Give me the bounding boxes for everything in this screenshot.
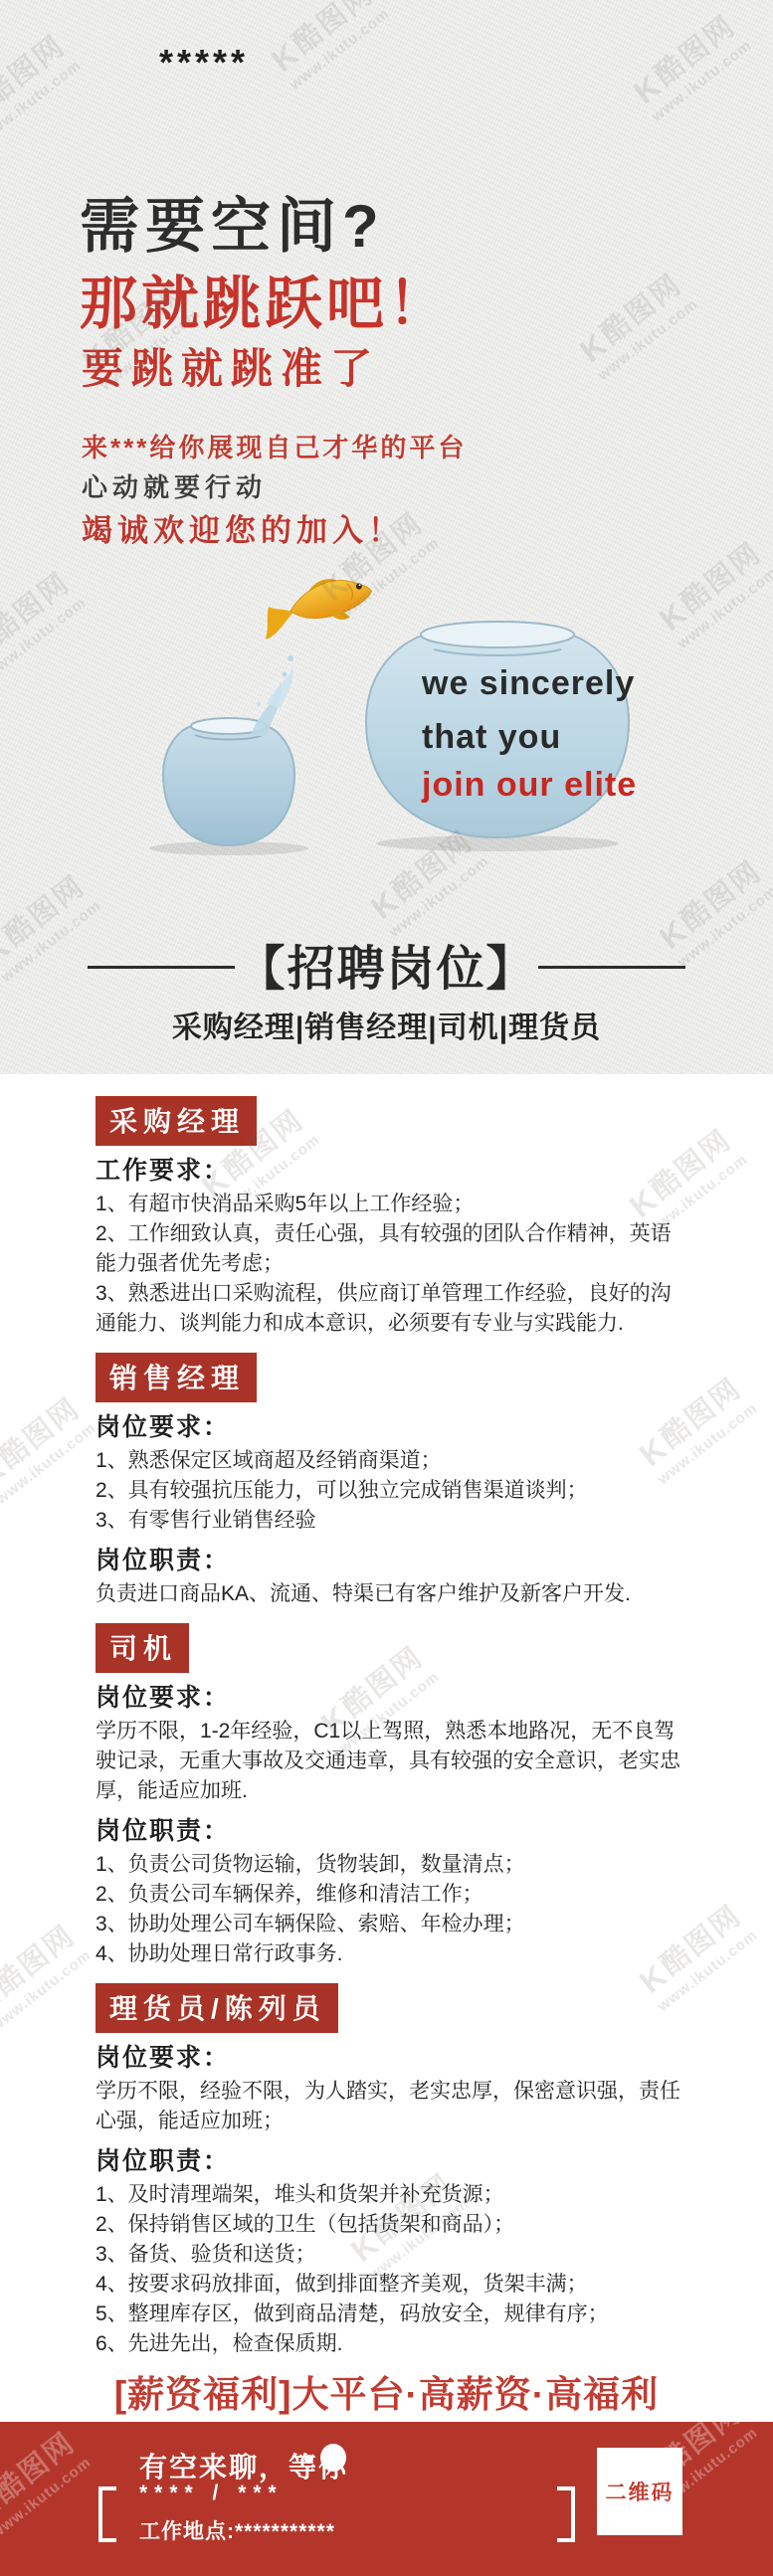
- block-heading: 岗位要求：: [96, 1683, 687, 1713]
- block-heading: 岗位职责：: [96, 1816, 687, 1846]
- job-item: 2、保持销售区域的卫生（包括货架和商品）；: [96, 2210, 687, 2240]
- job-item: 1、及时清理端架，堆头和货架并补充货源；: [96, 2180, 687, 2210]
- job-badge: 理货员/陈列员: [96, 1983, 338, 2033]
- job-item: 3、协助处理公司车辆保险、索赔、年检办理；: [96, 1910, 687, 1939]
- headline-jump: 那就跳跃吧！: [80, 257, 450, 340]
- divider-line-right: [538, 966, 685, 969]
- job-item: 1、负责公司货物运输，货物装卸，数量清点；: [96, 1850, 687, 1880]
- job-section-sales-manager: 销售经理 岗位要求： 1、熟悉保定区域商超及经销商渠道； 2、具有较强抗压能力，…: [96, 1353, 687, 1609]
- tagline-welcome: 竭诚欢迎您的加入！: [82, 505, 404, 550]
- job-badge: 采购经理: [96, 1096, 257, 1146]
- water-splash-icon: [251, 655, 293, 736]
- job-item: 2、负责公司车辆保养，维修和清洁工作；: [96, 1880, 687, 1910]
- headline-question: 需要空间?: [80, 179, 385, 265]
- company-name-masked: *****: [159, 42, 249, 84]
- positions-title: 【招聘岗位】: [0, 930, 773, 999]
- dot-small-icon: [304, 2455, 313, 2464]
- job-item: 4、按要求码放排面，做到排面整齐美观，货架丰满；: [96, 2270, 687, 2300]
- job-item: 1、熟悉保定区域商超及经销商渠道；: [96, 1446, 687, 1476]
- job-item: 3、有零售行业销售经验: [96, 1506, 687, 1536]
- scene-caption-line1: we sincerely: [422, 664, 635, 703]
- tagline-platform: 来***给你展现自己才华的平台: [82, 428, 467, 464]
- job-item: 学历不限，1-2年经验，C1以上驾照，熟悉本地路况，无不良驾驶记录，无重大事故及…: [96, 1717, 687, 1806]
- block-heading: 工作要求：: [96, 1156, 687, 1186]
- tagline-action: 心动就要行动: [82, 467, 267, 504]
- goldfish-icon: [254, 568, 377, 643]
- job-item: 负责进口商品KA、流通、特渠已有客户维护及新客户开发.: [96, 1579, 687, 1609]
- job-section-purchasing-manager: 采购经理 工作要求： 1、有超市快消品采购5年以上工作经验； 2、工作细致认真，…: [96, 1096, 687, 1339]
- job-item: 3、备货、验货和送货；: [96, 2240, 687, 2270]
- positions-list: 采购经理|销售经理|司机|理货员: [0, 1003, 773, 1046]
- footer-contact-masked: **** / ***: [139, 2482, 284, 2505]
- block-heading: 岗位职责：: [96, 2146, 687, 2176]
- dot-large-icon: [320, 2444, 346, 2472]
- job-item: 5、整理库存区，做到商品清楚，码放安全，规律有序；: [96, 2300, 687, 2329]
- job-item: 3、熟悉进出口采购流程，供应商订单管理工作经验，良好的沟通能力、谈判能力和成本意…: [96, 1279, 687, 1339]
- block-heading: 岗位要求：: [96, 1412, 687, 1442]
- job-badge: 司机: [96, 1623, 189, 1673]
- job-item: 1、有超市快消品采购5年以上工作经验；: [96, 1190, 687, 1219]
- headline-jump-accurate: 要跳就跳准了: [82, 336, 380, 396]
- job-item: 2、具有较强抗压能力，可以独立完成销售渠道谈判；: [96, 1476, 687, 1506]
- block-heading: 岗位职责：: [96, 1546, 687, 1575]
- job-section-driver: 司机 岗位要求： 学历不限，1-2年经验，C1以上驾照，熟悉本地路况，无不良驾驶…: [96, 1623, 687, 1969]
- recruitment-poster: ***** 需要空间? 那就跳跃吧！ 要跳就跳准了 来***给你展现自己才华的平…: [0, 0, 773, 2576]
- footer-headline: 有空来聊，等你: [139, 2446, 348, 2485]
- job-item: 6、先进先出，检查保质期.: [96, 2329, 687, 2359]
- qr-code-placeholder: 二维码: [597, 2448, 682, 2535]
- job-badge: 销售经理: [96, 1353, 257, 1402]
- left-bracket-icon: [98, 2486, 116, 2542]
- footer-address-masked: 工作地点:***********: [139, 2515, 335, 2545]
- fishbowl-scene: [0, 555, 773, 863]
- small-fishbowl-icon: [149, 718, 308, 855]
- block-heading: 岗位要求：: [96, 2043, 687, 2073]
- right-bracket-icon: [557, 2486, 575, 2542]
- job-item: 4、协助处理日常行政事务.: [96, 1939, 687, 1969]
- benefits-line: [薪资福利]大平台·高薪资·高福利: [0, 2364, 773, 2418]
- job-item: 2、工作细致认真，责任心强，具有较强的团队合作精神，英语能力强者优先考虑；: [96, 1219, 687, 1279]
- footer: 有空来聊，等你 **** / *** 工作地点:*********** 二维码: [0, 2422, 773, 2576]
- job-sections: 采购经理 工作要求： 1、有超市快消品采购5年以上工作经验； 2、工作细致认真，…: [0, 1074, 773, 2359]
- job-section-tally-clerk: 理货员/陈列员 岗位要求： 学历不限，经验不限，为人踏实，老实忠厚，保密意识强，…: [96, 1983, 687, 2359]
- scene-caption-line2: that you: [422, 718, 561, 757]
- job-item: 学历不限，经验不限，为人踏实，老实忠厚，保密意识强，责任心强，能适应加班；: [96, 2077, 687, 2136]
- scene-caption-line3: join our elite: [422, 766, 637, 805]
